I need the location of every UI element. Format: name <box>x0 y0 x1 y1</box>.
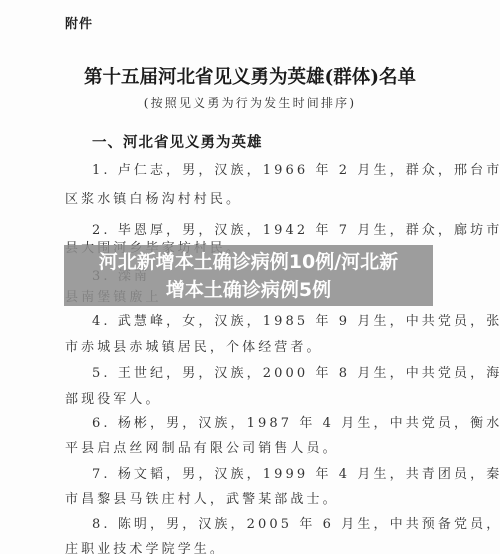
document-title: 第十五届河北省见义勇为英雄(群体)名单 <box>0 63 500 89</box>
entry-5-line-1: 5. 王世纪，男，汉族，2000 年 8 月生，中共党员，海军某 <box>92 362 500 381</box>
headline-overlay-text: 河北新增本土确诊病例10例/河北新 增本土确诊病例5例 <box>64 248 433 304</box>
headline-line-2: 增本土确诊病例5例 <box>64 276 433 304</box>
entry-4-line-2: 市赤城县赤城镇居民，个体经营者。 <box>65 336 323 355</box>
entry-1-line-1: 1. 卢仁志，男，汉族，1966 年 2 月生，群众，邢台市信都 <box>92 159 500 178</box>
document-subtitle: (按照见义勇为行为发生时间排序) <box>0 94 500 111</box>
entry-6-line-2: 平县启点丝网制品有限公司销售人员。 <box>65 437 339 456</box>
headline-line-1: 河北新增本土确诊病例10例/河北新 <box>64 248 433 276</box>
entry-2-line-1: 2. 毕恩厚，男，汉族，1942 年 7 月生，群众，廊坊市文安 <box>92 219 500 238</box>
entry-5-line-2: 部现役军人。 <box>65 388 162 407</box>
entry-4-line-1: 4. 武慧峰，女，汉族，1985 年 9 月生，中共党员，张家口 <box>92 310 500 329</box>
section-heading: 一、河北省见义勇为英雄 <box>92 131 263 152</box>
attachment-label: 附件 <box>65 13 93 32</box>
entry-7-line-2: 市昌黎县马铁庄村人，武警某部战士。 <box>65 488 339 507</box>
entry-8-line-2: 庄职业技术学院学生。 <box>65 538 226 554</box>
entry-1-line-2: 区浆水镇白杨沟村村民。 <box>65 188 242 207</box>
entry-6-line-1: 6. 杨彬，男，汉族，1987 年 4 月生，中共党员，衡水市安 <box>92 412 500 431</box>
entry-8-line-1: 8. 陈明，男，汉族，2005 年 6 月生，中共预备党员，石家 <box>92 513 500 532</box>
entry-7-line-1: 7. 杨文韬，男，汉族，1999 年 4 月生，共青团员，秦皇岛 <box>92 463 500 482</box>
